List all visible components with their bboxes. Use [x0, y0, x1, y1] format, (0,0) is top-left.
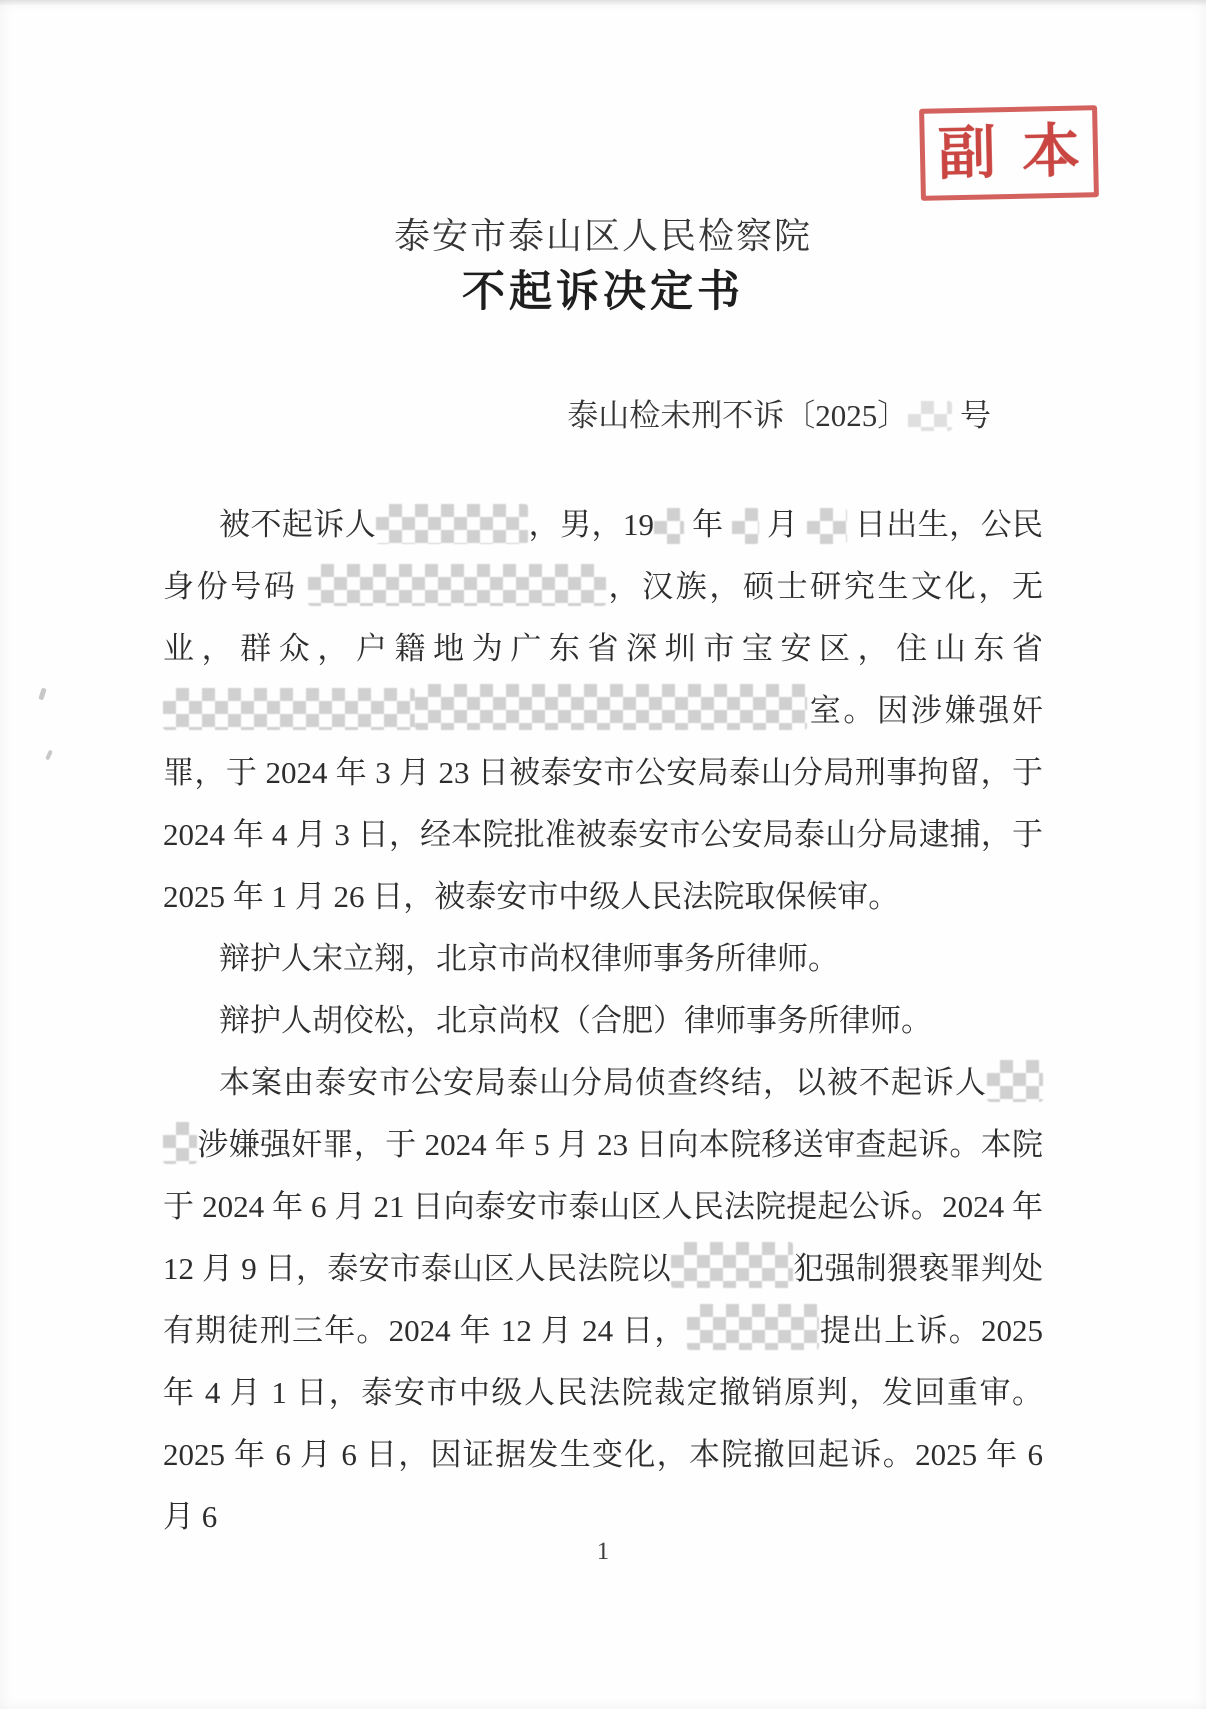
text-segment: 月	[759, 507, 807, 542]
paragraph: 被不起诉人，男，19 年 月 日出生，公民身份号码 ，汉族，硕士研究生文化，无业…	[163, 494, 1043, 928]
doc-number-suffix: 号	[960, 398, 991, 433]
doc-number: 泰山检未刑不诉〔2025〕 号	[163, 394, 1043, 438]
paragraph: 辩护人胡佼松，北京尚权（合肥）律师事务所律师。	[163, 990, 1043, 1052]
redacted-text	[732, 508, 759, 544]
page-number: 1	[0, 1538, 1206, 1566]
document-page: 副本 泰安市泰山区人民检察院 不起诉决定书 泰山检未刑不诉〔2025〕 号 被不…	[0, 0, 1206, 1709]
redacted-text	[415, 684, 807, 730]
scan-artifact	[45, 750, 53, 761]
doc-title: 不起诉决定书	[0, 264, 1206, 322]
org-title: 泰安市泰山区人民检察院	[0, 212, 1206, 260]
copy-stamp-label: 副本	[937, 122, 1106, 184]
scan-edge-shadow	[0, 0, 1206, 6]
redacted-text	[308, 564, 606, 606]
scan-artifact	[38, 688, 46, 701]
text-segment: 被不起诉人	[219, 507, 376, 542]
paragraph: 辩护人宋立翔，北京市尚权律师事务所律师。	[163, 928, 1043, 990]
redacted-text	[163, 1122, 197, 1164]
redacted-text	[671, 1242, 793, 1288]
redacted-text	[163, 688, 415, 730]
redacted-text	[987, 1060, 1043, 1102]
paragraph: 本案由泰安市公安局泰山分局侦查终结，以被不起诉人涉嫌强奸罪，于 2024 年 5…	[163, 1052, 1043, 1548]
text-segment: ，男，19	[528, 507, 654, 542]
text-segment: 本案由泰安市公安局泰山分局侦查终结，以被不起诉人	[219, 1065, 987, 1100]
text-segment: 辩护人胡佼松，北京尚权（合肥）律师事务所律师。	[219, 1003, 932, 1038]
text-segment: 辩护人宋立翔，北京市尚权律师事务所律师。	[219, 941, 839, 976]
redacted-text	[376, 504, 528, 544]
document-body: 被不起诉人，男，19 年 月 日出生，公民身份号码 ，汉族，硕士研究生文化，无业…	[163, 494, 1043, 1548]
redacted-text	[807, 508, 847, 544]
redacted-text	[687, 1304, 819, 1350]
redacted-text	[654, 508, 684, 544]
doc-number-prefix: 泰山检未刑不诉〔2025〕	[567, 398, 908, 433]
doc-number-redacted	[908, 401, 952, 431]
text-segment: 年	[684, 507, 732, 542]
copy-stamp: 副本	[919, 105, 1099, 201]
